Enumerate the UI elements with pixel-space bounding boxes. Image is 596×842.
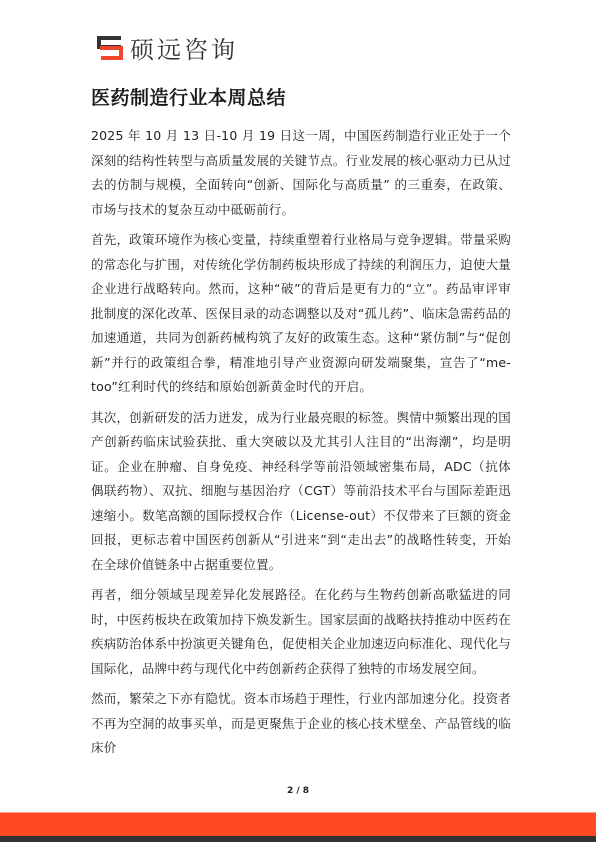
brand-logo-icon bbox=[97, 34, 124, 61]
paragraph-risks: 然而，繁荣之下亦有隐忧。资本市场趋于理性，行业内部加速分化。投资者不再为空洞的故… bbox=[91, 687, 511, 761]
paragraph-segments: 再者，细分领域呈现差异化发展路径。在化药与生物药创新高歌猛进的同时，中医药板块在… bbox=[91, 583, 511, 681]
brand-name: 硕远咨询 bbox=[130, 30, 238, 65]
paragraph-intro: 2025 年 10 月 13 日-10 月 19 日这一周，中国医药制造行业正处… bbox=[91, 124, 511, 222]
brand-header: 硕远咨询 bbox=[97, 32, 238, 62]
footer-accent-bar bbox=[0, 812, 596, 837]
paragraph-policy: 首先，政策环境作为核心变量，持续重塑着行业格局与竞争逻辑。带量采购的常态化与扩围… bbox=[91, 228, 511, 400]
footer-dark-bar bbox=[0, 836, 596, 842]
document-body: 2025 年 10 月 13 日-10 月 19 日这一周，中国医药制造行业正处… bbox=[91, 124, 511, 767]
page-indicator: 2 / 8 bbox=[0, 786, 596, 796]
document-title: 医药制造行业本周总结 bbox=[91, 83, 286, 110]
paragraph-innovation: 其次，创新研发的活力迸发，成为行业最亮眼的标签。舆情中频繁出现的国产创新药临床试… bbox=[91, 406, 511, 578]
